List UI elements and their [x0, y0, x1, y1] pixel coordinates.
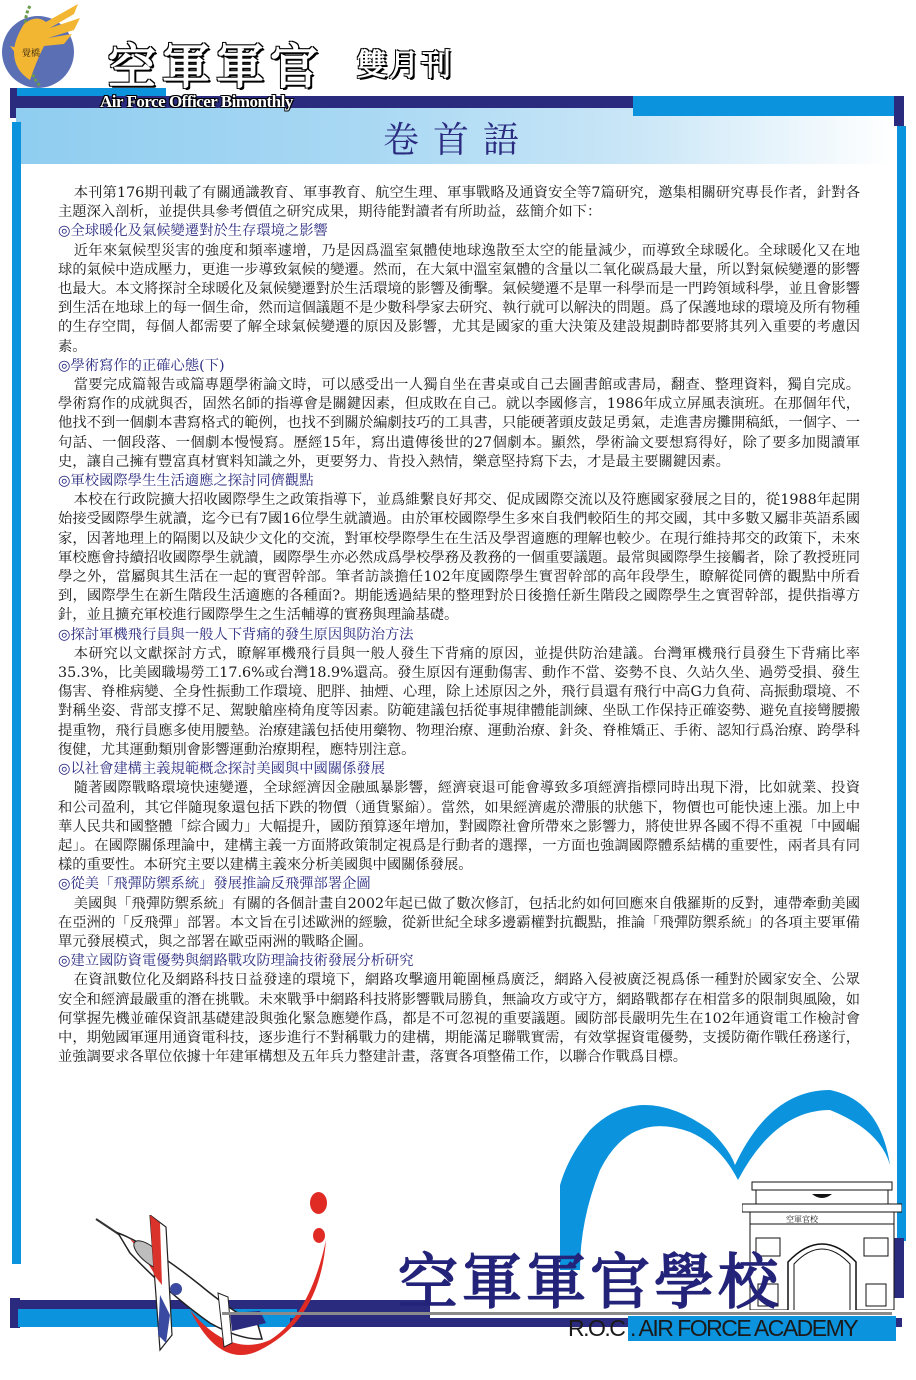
air-force-logo-icon: 覺橋	[0, 0, 84, 90]
section-heading: ◎軍校國際學生生活適應之探討同儕觀點	[58, 472, 860, 491]
svg-text:覺橋: 覺橋	[22, 47, 40, 59]
section-heading: ◎學術寫作的正確心態(下)	[58, 357, 860, 376]
section-paragraph: 在資訊數位化及網路科技日益發達的環境下，網路攻擊適用範圍極爲廣泛，網路入侵被廣泛…	[58, 971, 860, 1067]
section-heading: ◎建立國防資電優勢與網路戰攻防理論技術發展分析研究	[58, 952, 860, 971]
section-paragraph: 本研究以文獻探討方式，瞭解軍機飛行員與一般人發生下背痛的原因，並提供防治建議。台…	[58, 645, 860, 760]
section-paragraph: 本校在行政院擴大招收國際學生之政策指導下，並爲維繫良好邦交、促成國際交流以及符應…	[58, 491, 860, 625]
frame-left-border	[12, 122, 21, 1264]
magazine-title-bimonthly: 雙月刊	[357, 40, 453, 84]
article-body: 本刊第176期刊載了有關通識教育、軍事教育、航空生理、軍事戰略及通資安全等7篇研…	[58, 184, 860, 1067]
school-name-cn: 空軍軍官學校	[398, 1248, 782, 1318]
section-heading: ◎以社會建構主義規範概念探討美國與中國關係發展	[58, 760, 860, 779]
section-paragraph: 隨著國際戰略環境快速變遷，全球經濟因金融風暴影響，經濟衰退可能會導致多項經濟指標…	[58, 779, 860, 875]
section-paragraph: 美國與「飛彈防禦系統」有關的各個計畫自2002年起已做了數次修訂，包括北約如何回…	[58, 895, 860, 953]
section-heading: ◎探討軍機飛行員與一般人下背痛的發生原因與防治方法	[58, 626, 860, 645]
red-dot-icon	[310, 1192, 327, 1214]
section-paragraph: 當要完成篇報告或篇專題學術論文時，可以感受出一人獨自坐在書桌或自己去圖書館或書局…	[58, 376, 860, 472]
magazine-title-en: Air Force Officer Bimonthly	[100, 92, 293, 112]
section-paragraph: 近年來氣候型災害的強度和頻率遽增，乃是因爲溫室氣體使地球逸散至太空的能量減少，而…	[58, 242, 860, 357]
svg-text:空軍官校: 空軍官校	[786, 1214, 819, 1224]
intro-paragraph: 本刊第176期刊載了有關通識教育、軍事教育、航空生理、軍事戰略及通資安全等7篇研…	[58, 184, 860, 222]
section-heading: ◎從美「飛彈防禦系統」發展推論反飛彈部署企圖	[58, 875, 860, 894]
school-name-en: . AIR FORCE ACADEMY	[630, 1316, 857, 1340]
page-title: 卷首語	[0, 112, 916, 163]
school-name-en-prefix: R.O.C	[568, 1316, 624, 1340]
section-heading: ◎全球暖化及氣候變遷對於生存環境之影響	[58, 222, 860, 241]
jet-aircraft-icon	[90, 1215, 320, 1375]
magazine-title-cn: 空軍軍官	[108, 28, 324, 97]
